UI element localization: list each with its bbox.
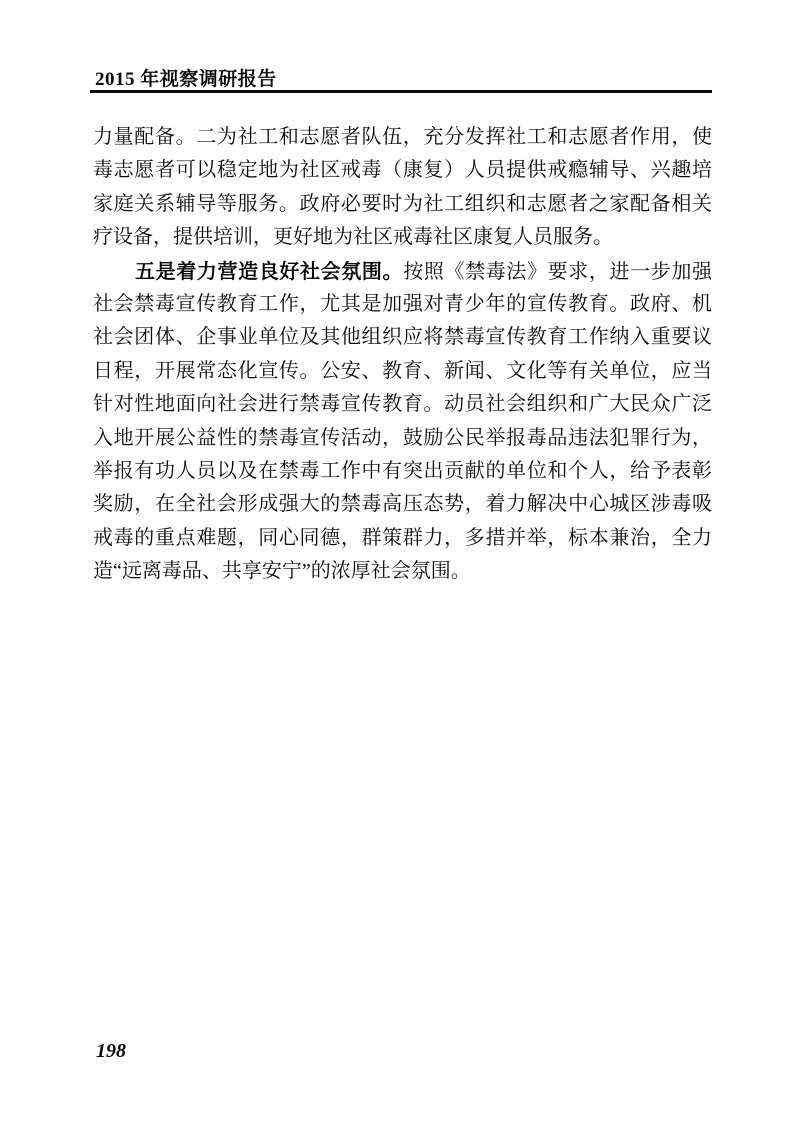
report-header-title: 2015 年视察调研报告 [95,64,277,91]
text-line: 力量配备。二为社工和志愿者队伍，充分发挥社工和志愿者作用，使禁 [93,121,712,154]
report-page: 2015 年视察调研报告 力量配备。二为社工和志愿者队伍，充分发挥社工和志愿者作… [0,0,803,1133]
page-number: 198 [96,1040,126,1063]
text-line: 入地开展公益性的禁毒宣传活动，鼓励公民举报毒品违法犯罪行为，对 [93,422,712,455]
paragraph: 五是着力营造良好社会氛围。按照《禁毒法》要求，进一步加强全 社会禁毒宣传教育工作… [93,255,712,589]
text-line: 举报有功人员以及在禁毒工作中有突出贡献的单位和个人，给予表彰和 [93,455,712,488]
text-line: 家庭关系辅导等服务。政府必要时为社工组织和志愿者之家配备相关医 [93,188,712,221]
paragraph: 力量配备。二为社工和志愿者队伍，充分发挥社工和志愿者作用，使禁 毒志愿者可以稳定… [93,121,712,255]
text-line: 奖励，在全社会形成强大的禁毒高压态势，着力解决中心城区涉毒吸毒 [93,488,712,521]
text-line: 针对性地面向社会进行禁毒宣传教育。动员社会组织和广大民众广泛深 [93,388,712,421]
body-text: 力量配备。二为社工和志愿者队伍，充分发挥社工和志愿者作用，使禁 毒志愿者可以稳定… [93,121,712,588]
header-rule [90,90,712,93]
text-line: 社会禁毒宣传教育工作，尤其是加强对青少年的宣传教育。政府、机关、 [93,288,712,321]
bold-lead: 五是着力营造良好社会氛围。 [135,259,403,283]
text-line: 疗设备，提供培训，更好地为社区戒毒社区康复人员服务。 [93,221,712,254]
text-line: 毒志愿者可以稳定地为社区戒毒（康复）人员提供戒瘾辅导、兴趣培养、 [93,154,712,187]
text-line: 五是着力营造良好社会氛围。按照《禁毒法》要求，进一步加强全 [93,255,712,288]
text-line: 社会团体、企事业单位及其他组织应将禁毒宣传教育工作纳入重要议事 [93,321,712,354]
text-line: 造“远离毒品、共享安宁”的浓厚社会氛围。 [93,555,712,588]
text-line: 戒毒的重点难题，同心同德，群策群力，多措并举，标本兼治，全力营 [93,522,712,555]
text-line: 日程，开展常态化宣传。公安、教育、新闻、文化等有关单位，应当有 [93,355,712,388]
